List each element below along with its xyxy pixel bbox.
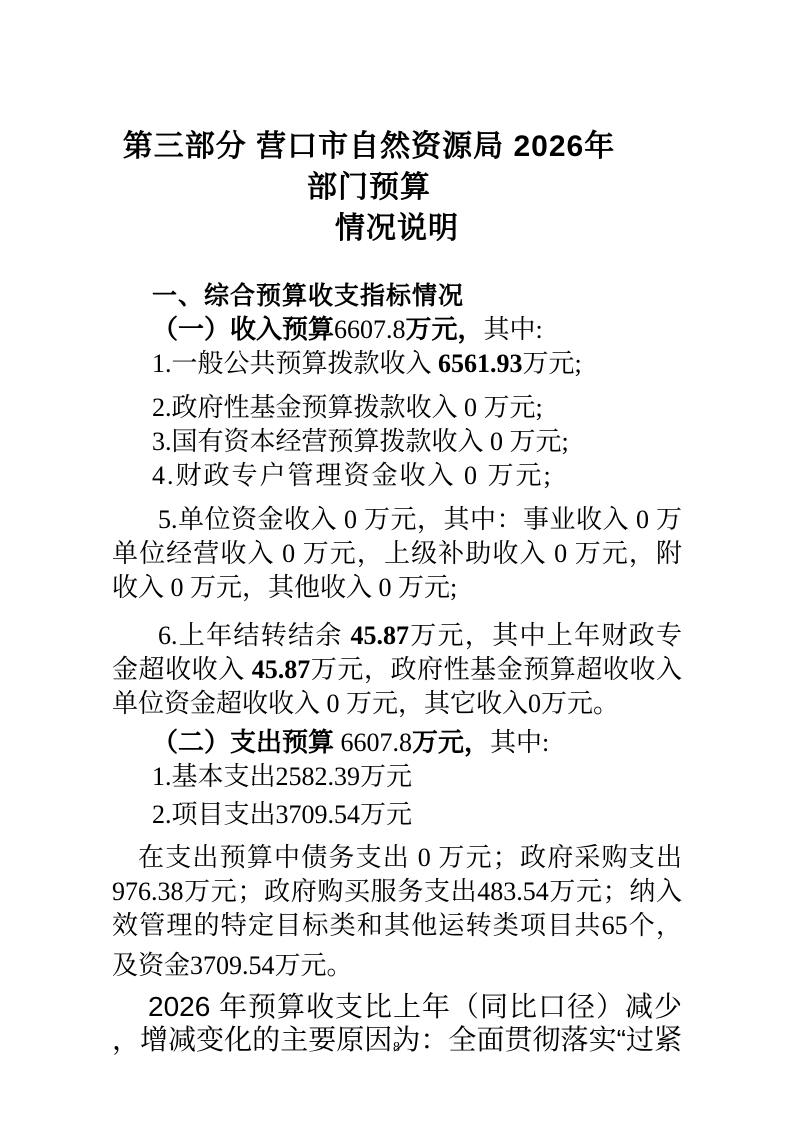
income-intro-tail: 其中: [484, 315, 543, 344]
expense-item-1: 1.基本支出2582.39万元 [112, 760, 682, 794]
yoy-paragraph-line-1: 2026 年预算收支比上年（同比口径）减少349.67万元 [112, 990, 682, 1023]
expense-item-2: 2.项目支出3709.54万元 [112, 798, 682, 832]
expense-intro-line: （二）支出预算 6607.8万元，其中: [112, 726, 682, 760]
expense-intro-bold-1: （二）支出预算 [152, 728, 334, 757]
income-intro-line: （一）收入预算6607.8万元，其中: [112, 313, 682, 347]
income-item-6-line-2: 金超收收入 45.87万元，政府性基金预算超收收入 0 万元， [112, 653, 682, 687]
income-item-1-value: 6561.93 [438, 349, 523, 378]
expense-detail-line-2: 976.38万元；政府购买服务支出483.54万元；纳入预算绩 [112, 875, 682, 909]
page-content: 第三部分 营口市自然资源局 2026年部门预算 情况说明 一、综合预算收支指标情… [112, 126, 682, 1056]
document-page: 第三部分 营口市自然资源局 2026年部门预算 情况说明 一、综合预算收支指标情… [0, 0, 793, 1122]
income-item-3: 3.国有资本经营预算拨款收入 0 万元; [112, 425, 682, 459]
income-item-6-value-2: 45.87 [252, 655, 311, 684]
expense-intro-tail: 其中: [490, 728, 549, 757]
income-item-6-line-1: 6.上年结转结余 45.87万元，其中上年财政专户管理资 [112, 619, 682, 653]
income-item-1: 1.一般公共预算拨款收入 6561.93万元; [112, 347, 682, 381]
document-title: 第三部分 营口市自然资源局 2026年部门预算 情况说明 [112, 126, 682, 249]
income-item-5-line-2: 单位经营收入 0 万元，上级补助收入 0 万元，附属单位上缴 [112, 537, 682, 571]
income-item-6-text-3: 金超收收入 [112, 655, 252, 684]
section-heading: 一、综合预算收支指标情况 [112, 279, 682, 313]
income-item-5-line-3: 收入 0 万元，其他收入 0 万元; [112, 571, 682, 605]
title-line-1: 第三部分 营口市自然资源局 2026年部门预算 [112, 126, 682, 208]
income-intro-bold-2: 万元， [406, 315, 484, 344]
page-number: 8 [0, 1040, 793, 1056]
expense-intro-value: 6607.8 [334, 728, 412, 757]
income-intro-value: 6607.8 [334, 315, 406, 344]
income-intro-bold-1: （一）收入预算 [152, 315, 334, 344]
income-item-6-line-3: 单位资金超收收入 0 万元，其它收入0万元。 [112, 687, 682, 721]
expense-detail-line-4: 及资金3709.54万元。 [112, 949, 682, 983]
income-item-6-text-1: 6.上年结转结余 [158, 621, 350, 650]
expense-intro-bold-2: 万元， [412, 728, 490, 757]
income-item-2: 2.政府性基金预算拨款收入 0 万元; [112, 391, 682, 425]
expense-detail-line-3: 效管理的特定目标类和其他运转类项目共65个，涉 [112, 909, 682, 943]
expense-detail-line-1: 在支出预算中债务支出 0 万元；政府采购支出 [112, 841, 682, 875]
income-item-5-line-1: 5.单位资金收入 0 万元，其中：事业收入 0 万元，事业 [112, 503, 682, 537]
income-item-4: 4.财政专户管理资金收入 0 万元; [112, 459, 682, 493]
income-item-6-value-1: 45.87 [350, 621, 409, 650]
income-item-1-text: 1.一般公共预算拨款收入 [152, 349, 438, 378]
income-item-1-tail: 万元; [523, 349, 582, 378]
title-line-2: 情况说明 [112, 208, 682, 249]
